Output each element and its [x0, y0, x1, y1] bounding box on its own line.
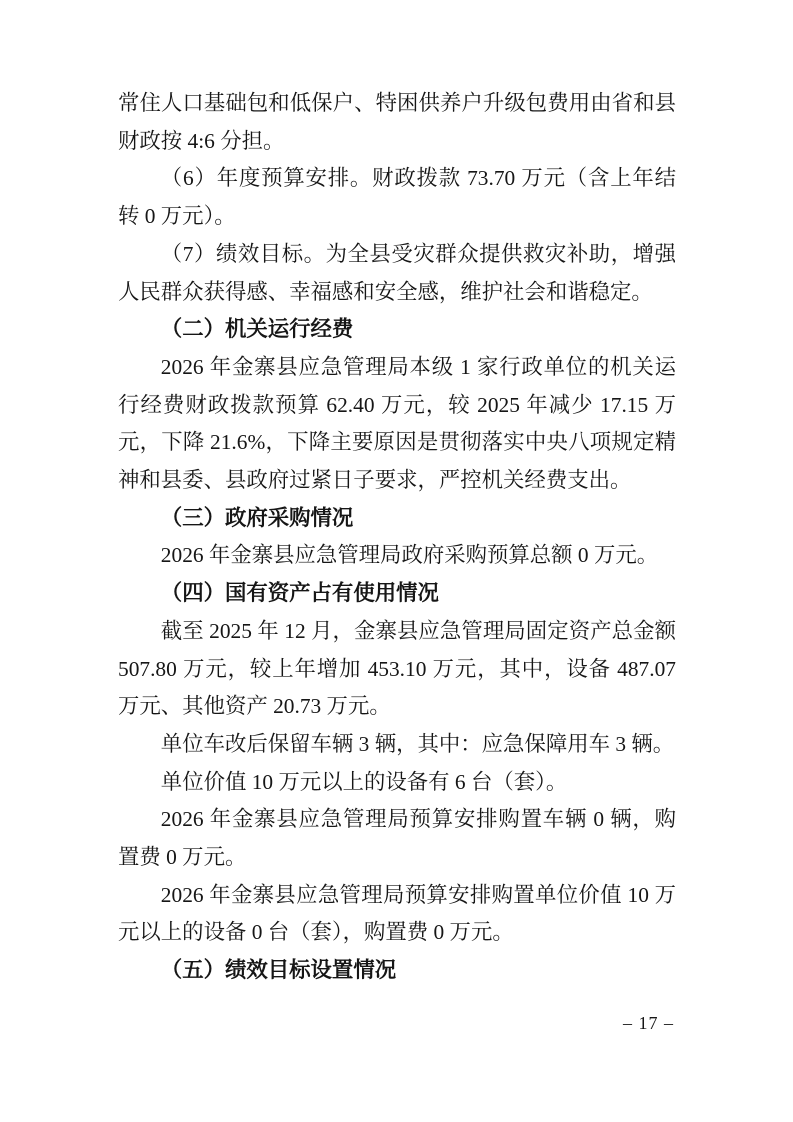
paragraph: 2026 年金寨县应急管理局预算安排购置单位价值 10 万元以上的设备 0 台（… [118, 877, 676, 952]
paragraph: （6）年度预算安排。财政拨款 73.70 万元（含上年结转 0 万元）。 [118, 160, 676, 235]
paragraph: 2026 年金寨县应急管理局政府采购预算总额 0 万元。 [118, 537, 676, 575]
paragraph: （7）绩效目标。为全县受灾群众提供救灾补助，增强人民群众获得感、幸福感和安全感，… [118, 236, 676, 311]
document-body: 常住人口基础包和低保户、特困供养户升级包费用由省和县财政按 4:6 分担。（6）… [118, 85, 676, 990]
page-number: – 17 – [623, 1012, 674, 1034]
paragraph: 2026 年金寨县应急管理局预算安排购置车辆 0 辆，购置费 0 万元。 [118, 801, 676, 876]
section-heading: （二）机关运行经费 [118, 311, 676, 349]
paragraph: 2026 年金寨县应急管理局本级 1 家行政单位的机关运行经费财政拨款预算 62… [118, 349, 676, 500]
paragraph: 单位价值 10 万元以上的设备有 6 台（套）。 [118, 764, 676, 802]
section-heading: （四）国有资产占有使用情况 [118, 575, 676, 613]
paragraph: 常住人口基础包和低保户、特困供养户升级包费用由省和县财政按 4:6 分担。 [118, 85, 676, 160]
document-page: 常住人口基础包和低保户、特困供养户升级包费用由省和县财政按 4:6 分担。（6）… [0, 0, 793, 1122]
section-heading: （三）政府采购情况 [118, 500, 676, 538]
paragraph: 单位车改后保留车辆 3 辆，其中：应急保障用车 3 辆。 [118, 726, 676, 764]
paragraph: 截至 2025 年 12 月，金寨县应急管理局固定资产总金额 507.80 万元… [118, 613, 676, 726]
section-heading: （五）绩效目标设置情况 [118, 952, 676, 990]
